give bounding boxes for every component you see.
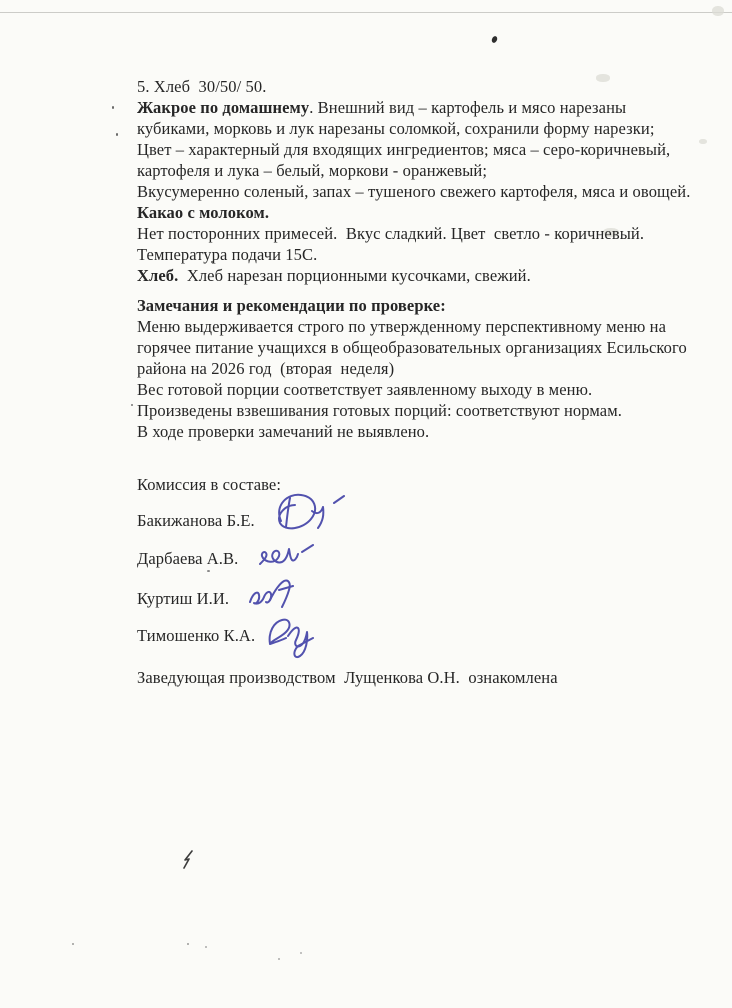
text-line: Вес готовой порции соответствует заявлен… <box>137 379 687 400</box>
text-line: Меню выдерживается строго по утвержденно… <box>137 316 687 337</box>
ink-speck <box>491 35 498 43</box>
dish-descriptions-paragraph: 5. Хлеб 30/50/ 50.Жакрое по домашнему. В… <box>137 76 690 286</box>
text-line: В ходе проверки замечаний не выявлено. <box>137 421 687 442</box>
ink-scribble-mark <box>180 850 196 870</box>
signature-timoshenko <box>262 614 324 660</box>
text-line: Замечания и рекомендации по проверке: <box>137 295 687 316</box>
text-line: кубиками, морковь и лук нарезаны соломко… <box>137 118 690 139</box>
commission-member-name: Дарбаева А.В. <box>137 548 238 569</box>
commission-label: Комиссия в составе: <box>137 474 281 495</box>
text-line: Жакрое по домашнему. Внешний вид – карто… <box>137 97 690 118</box>
text-line: Вкусумеренно соленый, запах – тушеного с… <box>137 181 690 202</box>
text-line: Нет посторонних примесей. Вкус сладкий. … <box>137 223 690 244</box>
remarks-section: Замечания и рекомендации по проверке:Мен… <box>137 295 687 442</box>
dust-speck <box>205 946 207 948</box>
text-line: горячее питание учащихся в общеобразоват… <box>137 337 687 358</box>
commission-member-name: Куртиш И.И. <box>137 588 229 609</box>
signature-kurtish <box>246 578 306 614</box>
scan-smudge <box>712 6 724 16</box>
footer-acknowledgement: Заведующая производством Лущенкова О.Н. … <box>137 667 558 688</box>
ink-speck <box>116 133 118 136</box>
commission-member-name: Бакижанова Б.Е. <box>137 510 255 531</box>
scan-edge-line <box>0 12 732 13</box>
scan-smudge <box>699 139 707 144</box>
ink-speck <box>112 106 114 109</box>
signature-bakizhanova <box>266 490 356 538</box>
text-line: Какао с молоком. <box>137 202 690 223</box>
text-line: Температура подачи 15С. <box>137 244 690 265</box>
ink-speck <box>131 404 133 406</box>
dust-speck <box>300 952 302 954</box>
text-line: картофеля и лука – белый, моркови - оран… <box>137 160 690 181</box>
text-line: Произведены взвешивания готовых порций: … <box>137 400 687 421</box>
pencil-dot <box>207 570 210 572</box>
signature-darbaeva <box>256 540 320 574</box>
text-line: 5. Хлеб 30/50/ 50. <box>137 76 690 97</box>
dust-speck <box>278 958 280 960</box>
text-line: Хлеб. Хлеб нарезан порционными кусочками… <box>137 265 690 286</box>
commission-member-name: Тимошенко К.А. <box>137 625 255 646</box>
text-line: Цвет – характерный для входящих ингредие… <box>137 139 690 160</box>
dust-speck <box>187 943 189 945</box>
dust-speck <box>72 943 74 945</box>
scanned-document-page: 5. Хлеб 30/50/ 50.Жакрое по домашнему. В… <box>0 0 732 1008</box>
text-line: района на 2026 год (вторая неделя) <box>137 358 687 379</box>
